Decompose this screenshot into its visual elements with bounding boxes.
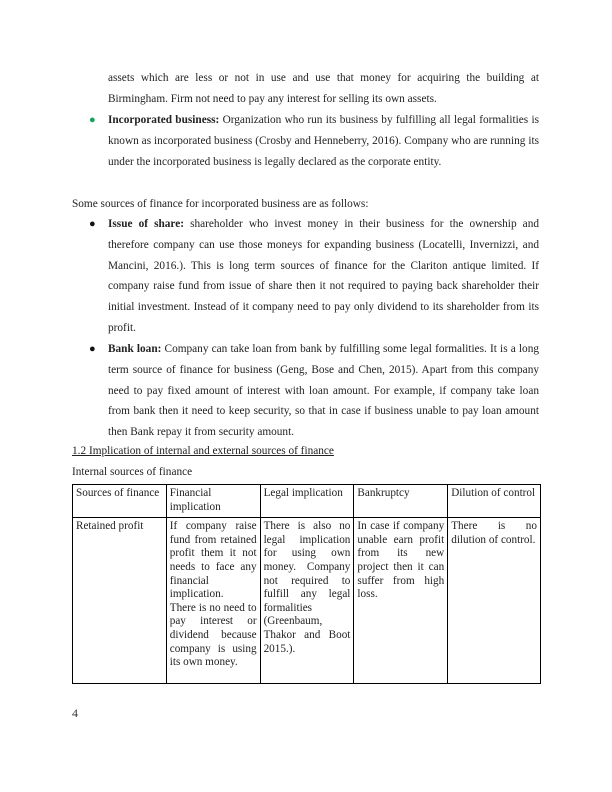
paragraph-text: assets which are less or not in use and …: [108, 72, 539, 105]
table-cell-financial: If company raise fund from retained prof…: [166, 518, 260, 684]
table-cell-source: Retained profit: [73, 518, 167, 684]
section-heading: 1.2 Implication of internal and external…: [72, 441, 334, 461]
subheading: Internal sources of finance: [72, 462, 192, 482]
header-cell: Legal implication: [260, 485, 354, 518]
financial-text-1: If company raise fund from retained prof…: [170, 520, 257, 602]
page-number: 4: [72, 706, 78, 721]
header-cell: Dilution of control: [448, 485, 541, 518]
bullet-icon: ●: [89, 339, 96, 360]
item-text: Company can take loan from bank by fulfi…: [108, 343, 539, 438]
table-cell-bankruptcy: In case if company unable earn profit fr…: [354, 518, 448, 684]
table-cell-dilution: There is no dilution of control.: [448, 518, 541, 684]
financial-text-2: There is no need to pay interest or divi…: [170, 602, 257, 670]
table-cell-legal: There is also no legal implication for u…: [260, 518, 354, 684]
bullet-icon: ●: [89, 214, 96, 235]
table-header-row: Sources of finance Financial implication…: [73, 485, 541, 518]
item-text: shareholder who invest money in their bu…: [108, 218, 539, 334]
header-cell: Sources of finance: [73, 485, 167, 518]
header-cell: Bankruptcy: [354, 485, 448, 518]
issue-of-share-item: Issue of share: shareholder who invest m…: [108, 214, 539, 339]
incorporated-business-item: Incorporated business: Organization who …: [108, 110, 539, 172]
bullet-icon: ●: [89, 110, 96, 131]
intro-continuation: assets which are less or not in use and …: [108, 68, 539, 110]
item-label: Issue of share:: [108, 218, 184, 230]
item-label: Bank loan:: [108, 343, 161, 355]
internal-sources-table: Sources of finance Financial implication…: [72, 484, 541, 684]
table-row: Retained profit If company raise fund fr…: [73, 518, 541, 684]
document-page: assets which are less or not in use and …: [0, 0, 612, 792]
sources-intro: Some sources of finance for incorporated…: [72, 194, 368, 214]
bank-loan-item: Bank loan: Company can take loan from ba…: [108, 339, 539, 443]
item-label: Incorporated business:: [108, 114, 219, 126]
header-cell: Financial implication: [166, 485, 260, 518]
